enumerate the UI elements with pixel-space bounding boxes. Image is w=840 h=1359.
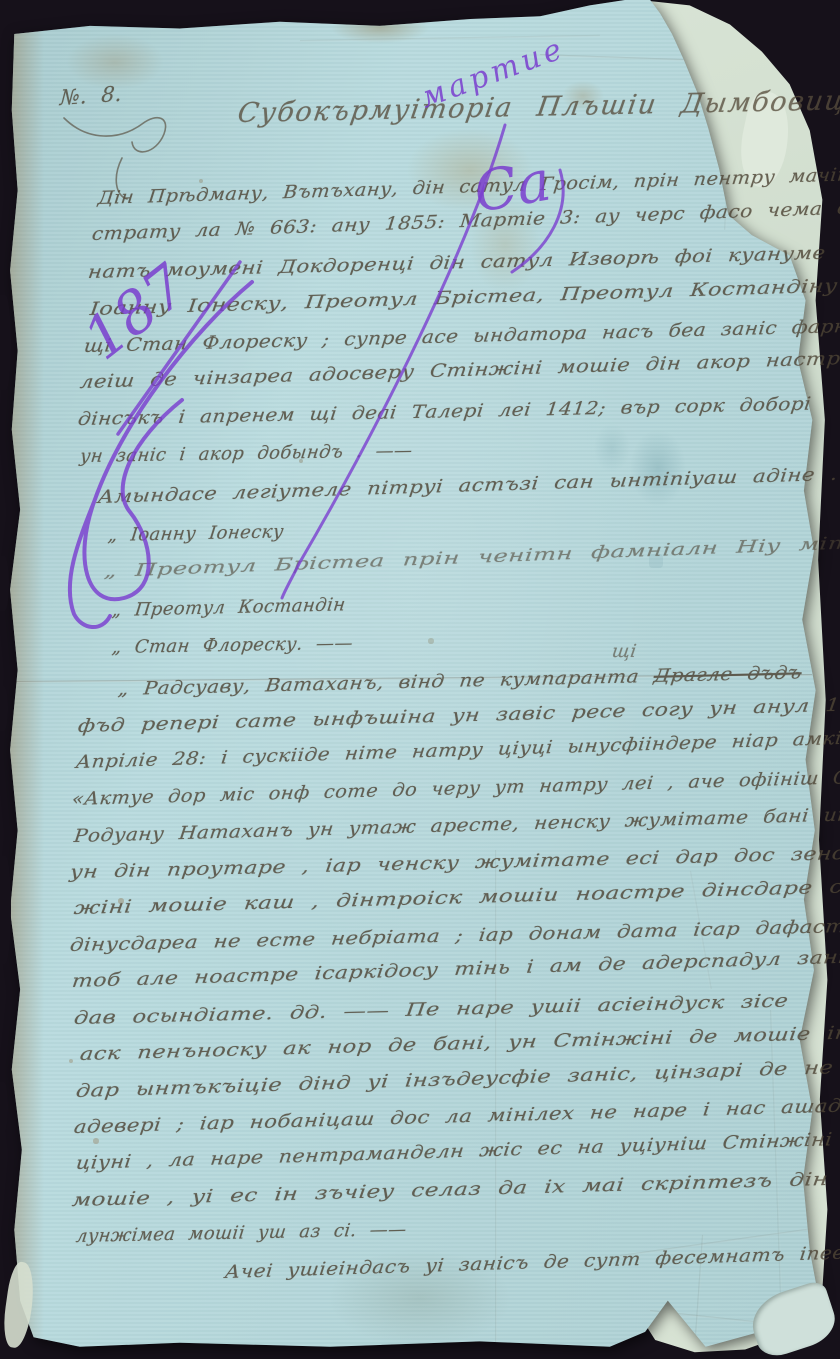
torn-edge bbox=[0, 295, 11, 390]
scanned-page-background: №. 8. Субокърмуіторіа Плъшіи Дымбовица .… bbox=[0, 0, 840, 1359]
document-number: №. 8. bbox=[59, 82, 123, 111]
fold-crease bbox=[300, 35, 600, 42]
torn-edge bbox=[0, 1082, 8, 1132]
torn-edge bbox=[0, 686, 8, 731]
foxing-specks bbox=[0, 0, 2, 2]
struck-text: Драгле дъдъ bbox=[653, 662, 803, 687]
torn-edge bbox=[0, 556, 9, 611]
catchword: щі bbox=[611, 641, 639, 662]
list-item: „ Стан Флореску. —— bbox=[111, 633, 354, 658]
fold-crease bbox=[540, 54, 820, 66]
list-item: „ Іоанну Іонеску bbox=[107, 521, 285, 546]
